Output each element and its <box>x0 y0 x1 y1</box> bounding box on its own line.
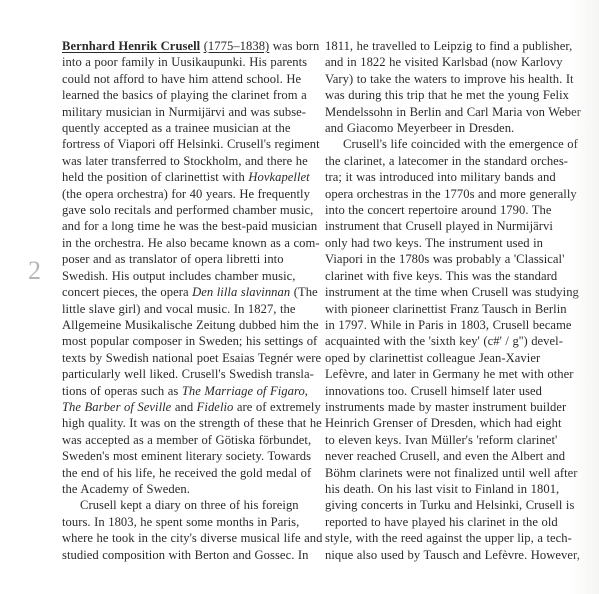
text-line: the end of his life, he received the gol… <box>62 465 310 481</box>
text-line: opera orchestras in the 1770s and more g… <box>325 186 585 202</box>
text-line: The Barber of Seville and Fidelio are of… <box>62 399 310 415</box>
text-line: Crusell's life coincided with the emerge… <box>325 136 585 152</box>
text-line: oped by clarinettist colleague Jean-Xavi… <box>325 350 585 366</box>
text-line: Swedish. His output includes chamber mus… <box>62 268 310 284</box>
text-line: tions of operas such as The Marriage of … <box>62 383 310 399</box>
text-line: in the orchestra. He also became known a… <box>62 235 310 251</box>
text-line: held the position of clarinettist with H… <box>62 169 310 185</box>
text-line: instrument at the time when Crusell was … <box>325 284 585 300</box>
text-line: and Giacomo Meyerbeer in Dresden. <box>325 120 585 136</box>
text-line: style, with the reed against the upper l… <box>325 530 585 546</box>
text-line: most popular composer in Sweden; his set… <box>62 333 310 349</box>
text-line: was later transferred to Stockholm, and … <box>62 153 310 169</box>
text-line: his death. On his last visit to Finland … <box>325 481 585 497</box>
text-line: particularly well liked. Crusell's Swedi… <box>62 366 310 382</box>
text-line: clarinet with five keys. This was the st… <box>325 268 585 284</box>
text-line: quently accepted as a trainee musician a… <box>62 120 310 136</box>
text-line: into a poor family in Uusikaupunki. His … <box>62 54 310 70</box>
italic-title: Den lilla slavinnan <box>192 285 290 299</box>
text-line: Vary) to take the waters to improve his … <box>325 71 585 87</box>
text-line: and in 1822 he visited Karlsbad (now Kar… <box>325 54 585 70</box>
italic-title: Hovkapellet <box>248 170 309 184</box>
text-line: 1811, he travelled to Leipzig to find a … <box>325 38 585 54</box>
text-line: Lefèvre, and later in Germany he met wit… <box>325 366 585 382</box>
text-line: Viapori in the 1780s was probably a 'Cla… <box>325 251 585 267</box>
text-line: instruments made by master instrument bu… <box>325 399 585 415</box>
text-line: only had two keys. The instrument used i… <box>325 235 585 251</box>
text-line: Crusell kept a diary on three of his for… <box>62 497 310 513</box>
text-line: (the opera orchestra) for 40 years. He f… <box>62 186 310 202</box>
text-line: the Academy of Sweden. <box>62 481 310 497</box>
text-line: tra; it was introduced into military ban… <box>325 169 585 185</box>
text-line: the clarinet, a latecomer in the standar… <box>325 153 585 169</box>
text-line: and for a long time he was the best-paid… <box>62 218 310 234</box>
text-line: innovations too. Crusell himself later u… <box>325 383 585 399</box>
text-line: little slave girl) and vocal music. In 1… <box>62 301 310 317</box>
text-line: poser and as translator of opera librett… <box>62 251 310 267</box>
italic-title: Fidelio <box>197 400 234 414</box>
text-line: giving concerts in Turku and Helsinki, C… <box>325 497 585 513</box>
italic-title: The Barber of Seville <box>62 400 171 414</box>
text-line: in 1797. While in Paris in 1803, Crusell… <box>325 317 585 333</box>
italic-title: The Marriage of Figaro <box>182 384 305 398</box>
text-line: reported to have played his clarinet in … <box>325 514 585 530</box>
text-line: gave solo recitals and performed chamber… <box>62 202 310 218</box>
text-line: nique also used by Tausch and Lefèvre. H… <box>325 547 585 563</box>
text-line: could not afford to have him attend scho… <box>62 71 310 87</box>
text-line: was accepted as a member of Götiska förb… <box>62 432 310 448</box>
text-line: acquainted with the 'sixth key' (c#' / g… <box>325 333 585 349</box>
composer-name: Bernhard Henrik Crusell <box>62 39 200 53</box>
text-line: was during this trip that he met the you… <box>325 87 585 103</box>
text-line: texts by Swedish national poet Esaias Te… <box>62 350 310 366</box>
left-column: Bernhard Henrik Crusell (1775–1838) was … <box>62 38 310 563</box>
text-line: into the concert repertoire around 1790.… <box>325 202 585 218</box>
text-line: where he took in the city's diverse musi… <box>62 530 310 546</box>
text-line: learned the basics of playing the clarin… <box>62 87 310 103</box>
text-line: high quality. It was on the strength of … <box>62 415 310 431</box>
page-number: 2 <box>28 258 41 284</box>
text-line: tours. In 1803, he spent some months in … <box>62 514 310 530</box>
text-line: Heinrich Grenser of Dresden, which had e… <box>325 415 585 431</box>
text-line: Mendelssohn in Berlin and Carl Maria von… <box>325 104 585 120</box>
text-line: Sweden's most eminent literary society. … <box>62 448 310 464</box>
page-edge-shadow <box>569 0 599 594</box>
text-line: never reached Crusell, and even the Albe… <box>325 448 585 464</box>
text-line: to eleven keys. Ivan Müller's 'reform cl… <box>325 432 585 448</box>
text-line: military musician in Nurmijärvi and was … <box>62 104 310 120</box>
composer-dates: (1775–1838) <box>204 39 270 53</box>
text-line: Allgemeine Musikalische Zeitung dubbed h… <box>62 317 310 333</box>
text-line: with pioneer clarinettist Franz Tausch i… <box>325 301 585 317</box>
text-line: instrument that Crusell played in Nurmij… <box>325 218 585 234</box>
text-line: concert pieces, the opera Den lilla slav… <box>62 284 310 300</box>
text-line: fortress of Viapori off Helsinki. Crusel… <box>62 136 310 152</box>
text-line: Böhm clarinets were not finalized until … <box>325 465 585 481</box>
text-line: Bernhard Henrik Crusell (1775–1838) was … <box>62 38 310 54</box>
text-line: studied composition with Berton and Goss… <box>62 547 310 563</box>
right-column: 1811, he travelled to Leipzig to find a … <box>325 38 585 563</box>
